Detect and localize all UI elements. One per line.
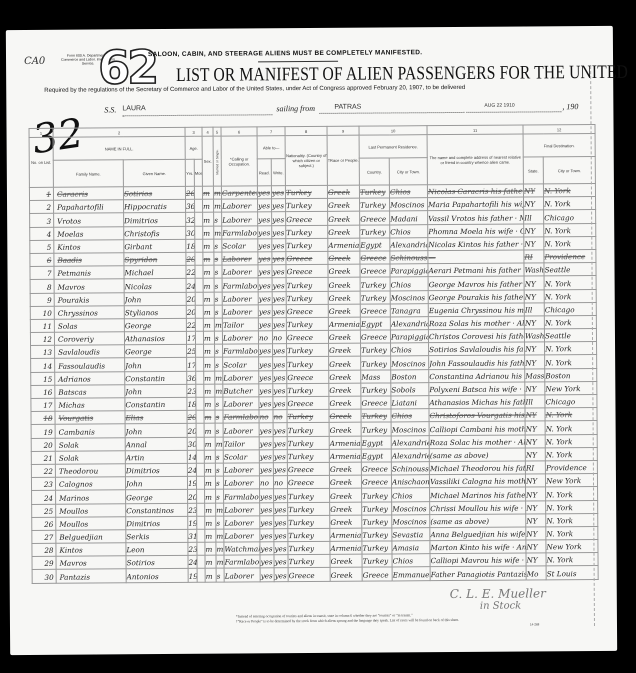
can-write: yes xyxy=(272,278,286,291)
row-number: 9 xyxy=(30,293,54,306)
can-read: yes xyxy=(259,344,273,357)
nationality: Greece xyxy=(286,330,328,343)
occupation: Laborer xyxy=(223,370,259,383)
destination-state: NY xyxy=(525,408,545,421)
nearest-relative: Nicolas Caracris his father xyxy=(427,184,523,198)
family-name: Fassoulaudis xyxy=(55,358,125,372)
age-months xyxy=(196,410,204,423)
age-years: 22 xyxy=(186,265,195,278)
residence-city: Boston xyxy=(391,369,429,382)
age-months xyxy=(196,476,204,489)
can-read: no xyxy=(258,331,272,344)
nationality: Turkey xyxy=(286,291,328,304)
age-months xyxy=(195,199,203,212)
age-months xyxy=(195,318,203,331)
given-name: Constantin xyxy=(125,371,187,385)
destination-city: N. York xyxy=(544,223,596,237)
can-read: yes xyxy=(259,384,273,397)
header-occupation: *Calling or Occupation. xyxy=(221,136,257,186)
age-years: 18 xyxy=(187,397,196,410)
family-name: Chryssinos xyxy=(54,305,124,319)
race: Armenian xyxy=(329,436,361,449)
marital-status: s xyxy=(214,212,222,225)
row-number: 11 xyxy=(30,319,54,332)
destination-city: N. York xyxy=(544,289,596,303)
can-write: yes xyxy=(274,529,288,542)
sex: m xyxy=(203,199,214,212)
nearest-relative: Athanasios Michas his father · Liatani ·… xyxy=(429,395,525,409)
given-name: Dimitrios xyxy=(126,516,188,530)
nearest-relative: Michael Marinos his father · Chios · Tur… xyxy=(430,487,526,501)
col-num: 6 xyxy=(221,127,257,136)
manifest-sheet: CA0 Form 600 A. Department of Commerce a… xyxy=(6,26,617,655)
row-number: 7 xyxy=(30,266,54,279)
row-number: 28 xyxy=(32,543,56,556)
occupation: Butcher xyxy=(223,384,259,397)
can-read: yes xyxy=(258,252,272,265)
header-read: Read. xyxy=(257,159,271,186)
can-read: yes xyxy=(258,225,272,238)
residence-country: Turkey xyxy=(361,422,391,435)
destination-city: N. York xyxy=(546,553,598,567)
nationality: Greece xyxy=(288,568,330,581)
race: Greek xyxy=(328,212,360,225)
given-name: John xyxy=(125,476,187,490)
nationality: Turkey xyxy=(288,502,330,515)
sex: m xyxy=(205,516,216,529)
nationality: Greece xyxy=(286,212,328,225)
row-number: 25 xyxy=(32,504,56,517)
family-name: Savlaloudis xyxy=(55,345,125,359)
residence-city: Chios xyxy=(392,554,430,567)
race: Greek xyxy=(328,330,360,343)
residence-city: Tanagra xyxy=(390,303,428,316)
row-number: 29 xyxy=(32,557,56,570)
can-read: yes xyxy=(258,278,272,291)
destination-city: N. York xyxy=(545,421,597,435)
age-years: 20 xyxy=(186,292,195,305)
destination-city: Providence xyxy=(544,249,596,263)
given-name: John xyxy=(125,424,187,438)
occupation: Laborer xyxy=(222,305,258,318)
occupation: Watchmaker xyxy=(224,542,260,555)
can-write: yes xyxy=(274,542,288,555)
residence-city: Alexandrie xyxy=(391,435,429,448)
nearest-relative: Marton Kinto his wife · Amasia · Turkey xyxy=(430,540,526,554)
year-suffix: , 190 xyxy=(562,102,578,111)
header-name-in-full: NAME IN FULL. xyxy=(53,136,185,160)
age-years: 25 xyxy=(187,345,196,358)
ship-name: LAURA xyxy=(122,104,272,116)
nearest-relative: Christoforos Vourgatis his father · Chio… xyxy=(429,408,525,422)
age-months xyxy=(196,437,204,450)
residence-country: Turkey xyxy=(362,554,392,567)
can-write: no xyxy=(272,331,286,344)
marital-status: s xyxy=(215,344,223,357)
occupation: Laborer xyxy=(223,397,259,410)
nationality: Turkey xyxy=(288,541,330,554)
can-read: no xyxy=(259,476,273,489)
family-name: Theodorou xyxy=(55,464,125,478)
header-age: Age. xyxy=(185,136,202,159)
age-years: 24 xyxy=(186,279,195,292)
destination-city: N. York xyxy=(544,236,596,250)
given-name: George xyxy=(126,490,188,504)
age-years: 20 xyxy=(188,490,197,503)
nationality: Turkey xyxy=(288,555,330,568)
nationality: Greece xyxy=(287,462,329,475)
sex: m xyxy=(205,569,216,582)
nationality: Greece xyxy=(287,370,329,383)
age-months xyxy=(196,450,204,463)
can-read: yes xyxy=(259,357,273,370)
sex: m xyxy=(204,424,215,437)
residence-country: Greece xyxy=(360,304,390,317)
family-name: Calognos xyxy=(55,477,125,491)
nearest-relative: Anna Belguedjian his wife · Sevastia · T… xyxy=(430,527,526,541)
given-name: Michael xyxy=(124,265,186,279)
nearest-relative: Sotirios Savlaloudis his father · Chios … xyxy=(429,342,525,356)
race: Greek xyxy=(330,488,362,501)
residence-country: Turkey xyxy=(360,277,390,290)
sex: m xyxy=(205,542,216,555)
nearest-relative: Maria Papahartofili his wife · Moscinos … xyxy=(428,197,524,211)
marital-status: s xyxy=(215,463,223,476)
marital-status: s xyxy=(215,476,223,489)
sex: m xyxy=(205,489,216,502)
destination-state: NY xyxy=(526,540,546,553)
nationality: Turkey xyxy=(288,515,330,528)
row-number: 1 xyxy=(29,187,53,200)
header-sex: Sex. xyxy=(202,136,213,186)
can-read: yes xyxy=(258,265,272,278)
age-years: 24 xyxy=(188,556,197,569)
nearest-relative: Eugenia Chryssinou his mother · Tanagra … xyxy=(428,303,524,317)
given-name: Antonios xyxy=(126,569,188,583)
residence-country: Turkey xyxy=(360,198,390,211)
can-write: yes xyxy=(272,225,286,238)
sex: m xyxy=(204,463,215,476)
race: Greek xyxy=(329,396,361,409)
age-years: 23 xyxy=(188,542,197,555)
row-number: 4 xyxy=(30,227,54,240)
given-name: Artin xyxy=(125,450,187,464)
can-write: yes xyxy=(272,318,286,331)
row-number: 12 xyxy=(30,332,54,345)
residence-country: Turkey xyxy=(362,501,392,514)
destination-city: N. York xyxy=(545,342,597,356)
nearest-relative: John Fassoulaudis his father · Moscinos … xyxy=(429,355,525,369)
residence-city: Sevastia xyxy=(392,528,430,541)
marital-status: s xyxy=(214,292,222,305)
header-given-name: Given Name. xyxy=(123,159,185,186)
can-write: yes xyxy=(273,436,287,449)
residence-country: Greece xyxy=(360,251,390,264)
marital-status: s xyxy=(214,278,222,291)
sex: m xyxy=(203,318,214,331)
occupation: Carpenter xyxy=(221,186,257,199)
ship-prefix: S.S. xyxy=(104,105,116,114)
residence-city: Amasia xyxy=(392,541,430,554)
occupation: Laborer xyxy=(223,476,259,489)
age-months xyxy=(194,186,202,199)
given-name: Constantin xyxy=(125,397,187,411)
race: Greek xyxy=(327,185,359,198)
given-name: Girbant xyxy=(124,239,186,253)
can-write: yes xyxy=(273,449,287,462)
residence-city: Sobols xyxy=(391,382,429,395)
destination-city: Chicago xyxy=(544,210,596,224)
can-write: yes xyxy=(272,238,286,251)
residence-country: Turkey xyxy=(360,225,390,238)
occupation: Laborer xyxy=(224,568,260,581)
race: Greek xyxy=(328,251,360,264)
destination-state: Wash xyxy=(524,263,544,276)
nationality: Greece xyxy=(286,251,328,264)
occupation: Laborer xyxy=(223,423,259,436)
date-stamp: AUG 22 1910 xyxy=(466,102,561,113)
can-read: yes xyxy=(258,212,272,225)
age-years: 17 xyxy=(186,331,195,344)
age-months xyxy=(197,529,205,542)
nearest-relative: Polyxeni Batsca his wife · Sobols · Turk… xyxy=(429,382,525,396)
given-name: Hippocratis xyxy=(124,200,186,214)
destination-city: Seattle xyxy=(544,263,596,277)
header-mos: Mos. xyxy=(194,159,202,186)
race: Greek xyxy=(328,277,360,290)
family-name: Caracris xyxy=(53,187,123,201)
row-number: 22 xyxy=(31,464,55,477)
nationality: Greece xyxy=(286,265,328,278)
occupation: Laborer xyxy=(223,463,259,476)
age-months xyxy=(195,252,203,265)
destination-city: Seattle xyxy=(544,329,596,343)
can-write: yes xyxy=(274,555,288,568)
destination-city: New York xyxy=(546,474,598,488)
occupation: Laborer xyxy=(222,252,258,265)
given-name: John xyxy=(125,358,187,372)
col-num: 8 xyxy=(285,126,327,135)
given-name: Constantinos xyxy=(126,503,188,517)
age-years: 30 xyxy=(186,226,195,239)
can-read: yes xyxy=(259,463,273,476)
given-name: Christofis xyxy=(124,226,186,240)
race: Armenian xyxy=(329,449,361,462)
residence-country: Egypt xyxy=(361,449,391,462)
family-name: Petmanis xyxy=(54,266,124,280)
residence-country: Greece xyxy=(362,567,392,580)
can-write: yes xyxy=(273,423,287,436)
age-years: 17 xyxy=(187,358,196,371)
destination-city: N. York xyxy=(543,184,595,198)
destination-state: NY xyxy=(526,514,546,527)
header-country: Country. xyxy=(359,158,389,185)
residence-city: Schinoussa xyxy=(390,251,428,264)
nearest-relative: — xyxy=(428,250,524,264)
occupation: Laborer xyxy=(222,212,258,225)
destination-state: Ill xyxy=(524,210,544,223)
nearest-relative: Michael Theodorou his father · Schinouss… xyxy=(429,461,525,475)
residence-city: Parapiggia xyxy=(390,330,428,343)
corner-annotation: CA0 xyxy=(24,56,45,67)
nearest-relative: Roza Solas his mother · Alexandrie · Egy… xyxy=(428,316,524,330)
age-years: 26 xyxy=(185,186,194,199)
destination-state: NY xyxy=(526,500,546,513)
destination-city: N. York xyxy=(546,526,598,540)
age-months xyxy=(195,331,203,344)
age-years: 20 xyxy=(186,252,195,265)
can-write: yes xyxy=(273,463,287,476)
col-num: 12 xyxy=(523,125,595,135)
nationality: Greece xyxy=(286,304,328,317)
residence-country: Mass xyxy=(361,370,391,383)
nationality: Turkey xyxy=(286,317,328,330)
marital-status: m xyxy=(216,529,224,542)
nearest-relative: (same as above) xyxy=(429,448,525,462)
residence-country: Turkey xyxy=(361,383,391,396)
destination-state: NY xyxy=(525,421,545,434)
nearest-relative: Aerari Petmani his father · Parapiggia ·… xyxy=(428,263,524,277)
nearest-relative: Nicolas Kintos his father · Alexandria ·… xyxy=(428,237,524,251)
destination-state: Mass xyxy=(525,368,545,381)
residence-country: Greece xyxy=(361,462,391,475)
marital-status: s xyxy=(214,239,222,252)
destination-city: Boston xyxy=(545,368,597,382)
can-write: yes xyxy=(274,568,288,581)
header-nationality: Nationality. (Country of which citizen o… xyxy=(285,135,327,185)
row-number: 15 xyxy=(31,372,55,385)
age-months xyxy=(196,358,204,371)
destination-state: NY xyxy=(525,355,545,368)
can-write: yes xyxy=(271,186,285,199)
can-read: yes xyxy=(259,423,273,436)
sex: m xyxy=(204,384,215,397)
given-name: Sotirios xyxy=(126,556,188,570)
row-number: 16 xyxy=(31,385,55,398)
nationality: Greece xyxy=(287,476,329,489)
residence-country: Turkey xyxy=(361,409,391,422)
destination-state: Wash xyxy=(524,329,544,342)
occupation: Laborer xyxy=(224,516,260,529)
destination-state: NY xyxy=(524,197,544,210)
nationality: Turkey xyxy=(287,410,329,423)
age-years: 36 xyxy=(187,371,196,384)
age-months xyxy=(196,424,204,437)
sex: m xyxy=(205,503,216,516)
header-no-on-list: No. on List. xyxy=(29,137,53,187)
residence-city: Anischaon xyxy=(391,475,429,488)
destination-city: N. York xyxy=(544,197,596,211)
row-number: 18 xyxy=(31,411,55,424)
nationality: Turkey xyxy=(286,225,328,238)
marital-status: m xyxy=(216,503,224,516)
nationality: Greece xyxy=(287,396,329,409)
residence-city: Liatani xyxy=(391,396,429,409)
voyage-line: S.S. LAURA sailing from PATRAS AUG 22 19… xyxy=(104,102,579,117)
race: Greek xyxy=(329,462,361,475)
race: Greek xyxy=(329,475,361,488)
occupation: Farmlaborer xyxy=(222,225,258,238)
header-able-to: Able to— xyxy=(257,136,285,159)
nationality: Turkey xyxy=(287,449,329,462)
can-read: yes xyxy=(259,397,273,410)
sex: m xyxy=(203,278,214,291)
notice-headline: SALOON, CABIN, AND STEERAGE ALIENS MUST … xyxy=(148,49,422,58)
residence-country: Turkey xyxy=(361,356,391,369)
residence-city: Alexandria xyxy=(390,237,428,250)
destination-city: N. York xyxy=(544,315,596,329)
sex: m xyxy=(203,305,214,318)
occupation: Laborer xyxy=(222,291,258,304)
destination-state: NY xyxy=(525,434,545,447)
age-months xyxy=(197,569,205,582)
residence-city: Chios xyxy=(390,277,428,290)
marital-status: m xyxy=(216,542,224,555)
row-number: 3 xyxy=(30,214,54,227)
marital-status: s xyxy=(215,410,223,423)
family-name: Mavros xyxy=(54,279,124,293)
race: Greek xyxy=(330,502,362,515)
given-name: Nicolas xyxy=(124,279,186,293)
age-years: 30 xyxy=(187,437,196,450)
destination-state: NY xyxy=(525,382,545,395)
residence-city: Moscinos xyxy=(392,514,430,527)
signature-note: in Stock xyxy=(480,601,521,612)
age-months xyxy=(197,490,205,503)
age-years: 23 xyxy=(187,384,196,397)
sex: m xyxy=(204,450,215,463)
nationality: Turkey xyxy=(287,423,329,436)
row-number: 21 xyxy=(31,451,55,464)
nearest-relative: Vassil Vrotos his father · Madani · Gree… xyxy=(428,210,524,224)
marital-status: s xyxy=(216,516,224,529)
marital-status: s xyxy=(214,252,222,265)
nearest-relative: George Mavros his father · Chios · Turke… xyxy=(428,276,524,290)
race: Armenian xyxy=(328,317,360,330)
family-name: Vourgatis xyxy=(55,411,125,425)
destination-city: St Louis xyxy=(546,566,598,580)
can-read: yes xyxy=(260,555,274,568)
residence-city: Chios xyxy=(391,343,429,356)
destination-state: NY xyxy=(526,474,546,487)
age-months xyxy=(197,503,205,516)
can-write: yes xyxy=(273,397,287,410)
destination-city: N. York xyxy=(545,408,597,422)
can-read: yes xyxy=(260,489,274,502)
destination-city: N. York xyxy=(546,500,598,514)
race: Greek xyxy=(329,357,361,370)
race: Greek xyxy=(329,423,361,436)
residence-country: Greece xyxy=(360,330,390,343)
given-name: Dimitrios xyxy=(124,213,186,227)
header-race: †Race or People. xyxy=(327,135,359,185)
residence-city: Chios xyxy=(391,409,429,422)
residence-city: Moscinos xyxy=(392,501,430,514)
given-name: Stylianos xyxy=(124,305,186,319)
family-name: Vrotos xyxy=(54,213,124,227)
family-name: Kintos xyxy=(56,543,126,557)
destination-city: New York xyxy=(546,540,598,554)
residence-country: Turkey xyxy=(362,515,392,528)
row-number: 19 xyxy=(31,425,55,438)
family-name: Kintos xyxy=(54,240,124,254)
row-number: 14 xyxy=(31,359,55,372)
residence-city: Chios xyxy=(390,224,428,237)
destination-state: NY xyxy=(525,448,545,461)
family-name: Michas xyxy=(55,398,125,412)
sex: m xyxy=(202,186,213,199)
nearest-relative: Roza Solac his mother · Alexandrie · Egy… xyxy=(429,435,525,449)
